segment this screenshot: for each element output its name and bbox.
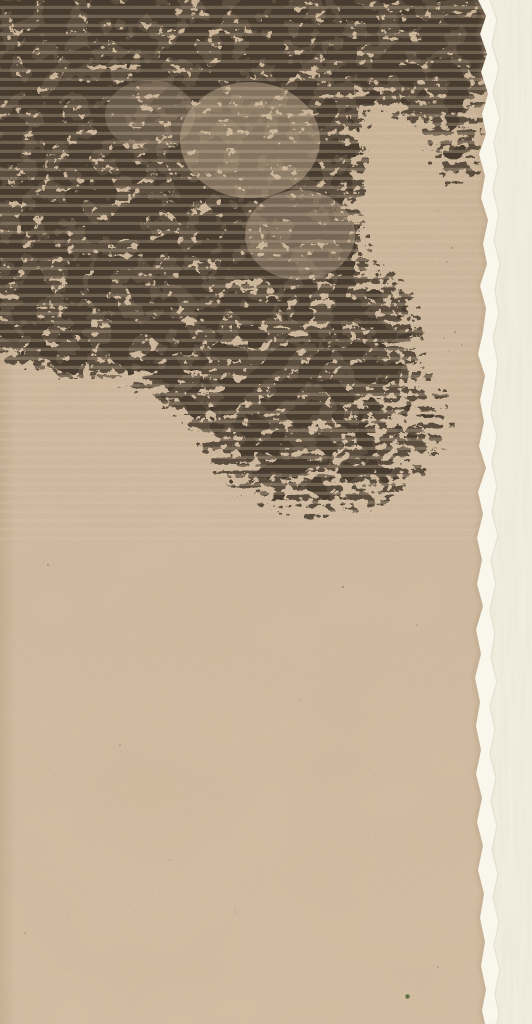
paper-fleck: [454, 331, 457, 334]
paper-fleck: [443, 337, 445, 339]
paper-fleck: [446, 261, 448, 263]
paper-fleck: [24, 932, 26, 934]
paper-fleck: [437, 966, 439, 968]
paper-fleck: [234, 911, 236, 913]
paper-fleck: [299, 699, 301, 701]
paper-fleck: [416, 624, 418, 626]
green-fleck: [406, 995, 408, 997]
paper-fleck: [342, 586, 344, 588]
paper-fleck: [448, 350, 450, 352]
paper-fleck: [169, 859, 171, 861]
paper-fleck: [437, 210, 439, 212]
row-striping: [0, 0, 490, 540]
artwork-scan: [0, 0, 532, 1024]
paper-fleck: [461, 344, 463, 346]
print-fragment-svg: [0, 0, 532, 1024]
paper-fleck: [451, 247, 453, 249]
paper-fleck: [119, 744, 121, 746]
paper-fleck: [47, 564, 49, 566]
